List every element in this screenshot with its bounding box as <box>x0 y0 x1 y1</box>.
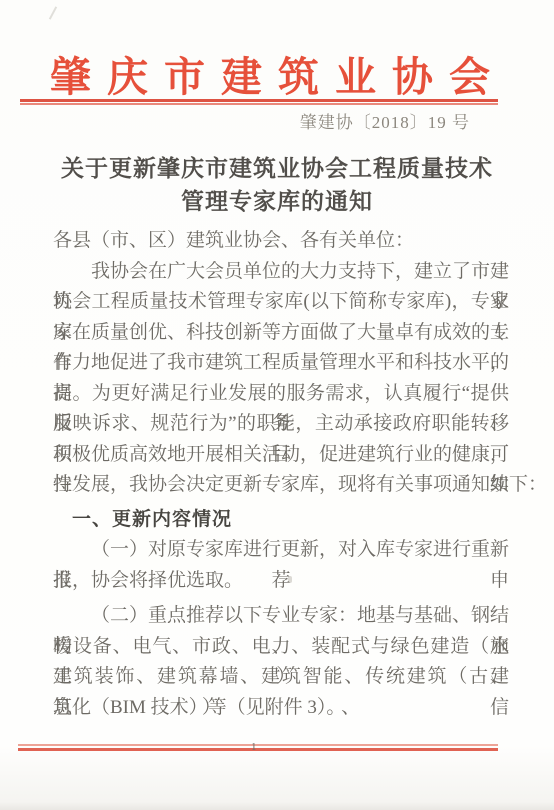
rule-thick-stroke <box>18 748 498 751</box>
paragraph-line: 高。为更好满足行业发展的服务需求，认真履行“提供服务、 <box>53 379 509 410</box>
notice-body: 各县（市、区）建筑业协会、各有关单位： 我协会在广大会员单位的大力支持下，建立了… <box>53 226 509 723</box>
notice-title-line2: 管理专家库的通知 <box>0 185 554 218</box>
scan-artifact <box>49 6 57 19</box>
page-number: 1 <box>251 741 257 753</box>
notice-title-line1: 关于更新肇庆市建筑业协会工程质量技术 <box>0 152 554 185</box>
notice-title: 关于更新肇庆市建筑业协会工程质量技术 管理专家库的通知 <box>0 152 554 218</box>
paragraph-line: 家在质量创优、科技创新等方面做了大量卓有成效的工作， <box>53 318 509 349</box>
scanned-notice-page: 肇庆市建筑业协会 肇建协〔2018〕19 号 关于更新肇庆市建筑业协会工程质量技… <box>0 0 554 810</box>
item-line: （一）对原专家库进行更新，对入库专家进行重新推荐申 <box>53 535 509 566</box>
paragraph-line: 积极优质高效地开展相关活动，促进建筑行业的健康可持续 <box>53 440 509 471</box>
document-number: 肇建协〔2018〕19 号 <box>0 108 554 133</box>
rule-thin-stroke <box>20 103 498 105</box>
letterhead-org-name: 肇庆市建筑业协会 <box>0 44 547 103</box>
paragraph-line: 协会工程质量技术管理专家库(以下简称专家库)，专家库专 <box>53 287 509 318</box>
footer-double-rule <box>18 744 498 751</box>
item-line: 暖设备、电气、市政、电力、装配式与绿色建造（施工）、 <box>53 632 509 663</box>
item-line: （二）重点推荐以下专业专家：地基与基础、钢结构、水 <box>53 601 509 632</box>
paragraph-line: 反映诉求、规范行为”的职能，主动承接政府职能转移项目， <box>53 409 509 440</box>
paragraph-line: 我协会在广大会员单位的大力支持下，建立了市建筑业 <box>53 257 509 288</box>
letterhead-double-rule <box>20 99 498 105</box>
item-line: 建筑装饰、建筑幕墙、建筑智能、传统建筑（古建筑）、信 <box>53 662 509 693</box>
section-heading: 一、更新内容情况 <box>53 505 509 536</box>
salutation: 各县（市、区）建筑业协会、各有关单位： <box>53 226 509 257</box>
paragraph-line: 性发展，我协会决定更新专家库，现将有关事项通知如下： <box>53 470 509 501</box>
paragraph-line: 有力地促进了我市建筑工程质量管理水平和科技水平的提 <box>53 348 509 379</box>
